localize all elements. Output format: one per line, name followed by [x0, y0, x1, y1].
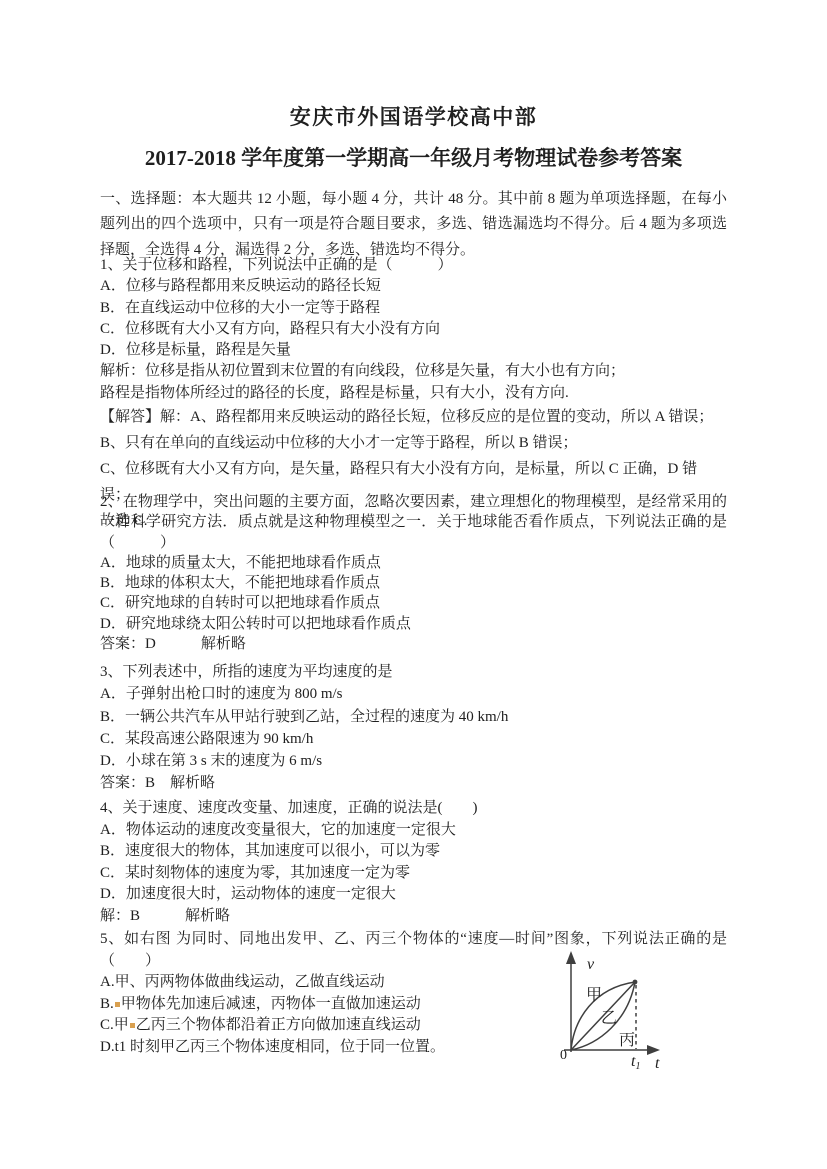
option-text: C.甲 [100, 1017, 129, 1033]
curve-yi-label: 乙 [601, 1010, 617, 1027]
option-line: C．研究地球的自转时可以把地球看作质点 [100, 593, 727, 613]
option-line: A．地球的质量太大，不能把地球看作质点 [100, 553, 727, 573]
analysis-line: 解析：位移是指从初位置到末位置的有向线段，位移是矢量，有大小也有方向； [100, 361, 727, 382]
option-line: D．加速度很大时，运动物体的速度一定很大 [100, 884, 727, 906]
option-line: D．研究地球绕太阳公转时可以把地球看作质点 [100, 614, 727, 634]
option-line: C．某时刻物体的速度为零，其加速度一定为零 [100, 863, 727, 885]
exam-answer-document: 安庆市外国语学校高中部 2017-2018 学年度第一学期高一年级月考物理试卷参… [0, 0, 827, 1169]
section-intro-paragraph: 一、选择题：本大题共 12 小题，每小题 4 分，共计 48 分。其中前 8 题… [100, 187, 727, 263]
school-name: 安庆市外国语学校高中部 [0, 101, 827, 131]
answer-line: 答案：D 解析略 [100, 634, 727, 654]
question-4: 4、关于速度、速度改变量、加速度，正确的说法是( ) A．物体运动的速度改变量很… [100, 798, 727, 928]
t-axis-label: t [655, 1055, 660, 1072]
t1-tick-label: t1 [631, 1053, 640, 1072]
option-text: 乙丙三个物体都沿着正方向做加速直线运动 [136, 1017, 421, 1033]
option-line: A．位移与路程都用来反映运动的路径长短 [100, 276, 727, 297]
option-line: D．小球在第 3 s 末的速度为 6 m/s [100, 750, 727, 772]
t-axis-arrowhead-icon [647, 1045, 660, 1055]
curve-bing-label: 丙 [619, 1031, 635, 1049]
answer-line: 解：B 解析略 [100, 906, 727, 928]
option-line: D．位移是标量，路程是矢量 [100, 340, 727, 361]
option-line: C．某段高速公路限速为 90 km/h [100, 728, 727, 750]
origin-label: 0 [560, 1048, 567, 1063]
question-stem: 3、下列表述中，所指的速度为平均速度的是 [100, 661, 727, 683]
v-axis-arrowhead-icon [566, 951, 576, 964]
option-line: A．子弹射出枪口时的速度为 800 m/s [100, 683, 727, 705]
option-text: B. [100, 996, 114, 1012]
option-line: B．在直线运动中位移的大小一定等于路程 [100, 298, 727, 319]
option-line: B．一辆公共汽车从甲站行驶到乙站，全过程的速度为 40 km/h [100, 706, 727, 728]
question-3: 3、下列表述中，所指的速度为平均速度的是 A．子弹射出枪口时的速度为 800 m… [100, 661, 727, 795]
meeting-point-dot [633, 980, 638, 985]
solution-line: 【解答】解：A、路程都用来反映运动的路径长短，位移反应的是位置的变动，所以 A … [100, 404, 727, 430]
question-stem: 2、在物理学中，突出问题的主要方面，忽略次要因素，建立理想化的物理模型，是经常采… [100, 492, 727, 553]
curve-jia-label: 甲 [586, 986, 602, 1004]
solution-line: B、只有在单向的直线运动中位移的大小才一定等于路程，所以 B 错误； [100, 430, 727, 456]
option-line: B．地球的体积太大，不能把地球看作质点 [100, 573, 727, 593]
answer-line: 答案：B 解析略 [100, 772, 727, 794]
option-line: A．物体运动的速度改变量很大，它的加速度一定很大 [100, 820, 727, 842]
highlight-mark [115, 1002, 120, 1007]
option-line: C．位移既有大小又有方向，路程只有大小没有方向 [100, 319, 727, 340]
question-stem: 4、关于速度、速度改变量、加速度，正确的说法是( ) [100, 798, 727, 820]
question-stem: 1、关于位移和路程，下列说法中正确的是（ ） [100, 255, 727, 276]
option-text: 甲物体先加速后减速，丙物体一直做加速运动 [121, 996, 421, 1012]
option-line: B．速度很大的物体，其加速度可以很小，可以为零 [100, 841, 727, 863]
exam-title: 2017-2018 学年度第一学期高一年级月考物理试卷参考答案 [0, 142, 827, 172]
highlight-mark [130, 1023, 135, 1028]
analysis-line: 路程是指物体所经过的路径的长度，路程是标量，只有大小，没有方向. [100, 383, 727, 404]
v-axis-label: v [587, 956, 595, 973]
question-2: 2、在物理学中，突出问题的主要方面，忽略次要因素，建立理想化的物理模型，是经常采… [100, 492, 727, 654]
velocity-time-graph-figure: v t 0 甲 乙 丙 t1 [543, 942, 685, 1084]
